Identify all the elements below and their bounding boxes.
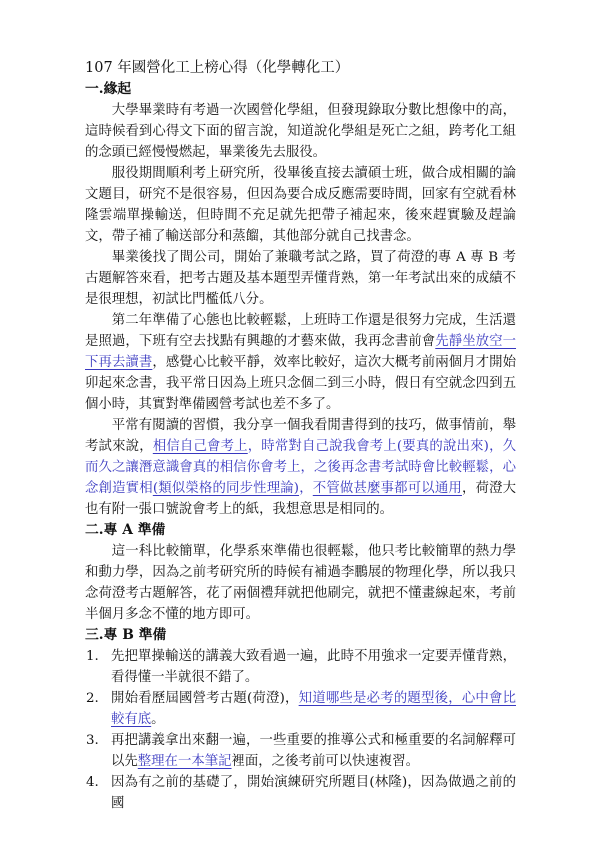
text-run: 裡面，之後考前可以快速複習。 [232, 754, 419, 769]
highlighted-text: 整理在一本筆記 [138, 754, 232, 769]
paragraph: 平常有閱讀的習慣，我分享一個我看閒書得到的技巧，做事情前，舉考試來說，相信自己會… [85, 415, 516, 520]
paragraph: 第二年準備了心態也比較輕鬆，上班時工作還是很努力完成，生活還是照過，下班有空去找… [85, 310, 516, 415]
document-body: 一.緣起大學畢業時有考過一次國營化學組，但發現錄取分數比想像中的高，這時候看到心… [85, 79, 516, 814]
list-number: 2. [86, 688, 99, 709]
text-run: 開始看歷屆國營考古題(荷澄)， [111, 691, 299, 706]
list-number: 3. [86, 730, 99, 751]
document-page: 107 年國營化工上榜心得（化學轉化工） 一.緣起大學畢業時有考過一次國營化學組… [0, 0, 600, 848]
paragraph: 畢業後找了間公司，開始了兼職考試之路，買了荷澄的專 A 專 B 考古題解答來看，… [85, 247, 516, 310]
list-item: 1.先把單操輸送的講義大致看過一遍，此時不用強求一定要弄懂背熟，看得懂一半就很不… [85, 646, 516, 688]
list-item: 3.再把講義拿出來翻一遍，一些重要的推導公式和極重要的名詞解釋可以先整理在一本筆… [85, 730, 516, 772]
text-run: 服役期間順利考上研究所，役畢後直接去讀碩士班，做合成相關的論文題目，研究不是很容… [85, 166, 516, 244]
list-number: 1. [86, 646, 99, 667]
text-run: 先把單操輸送的講義大致看過一遍，此時不用強求一定要弄懂背熟，看得懂一半就很不錯了… [111, 649, 516, 685]
section-heading: 三.專 B 準備 [85, 625, 516, 646]
list-number: 4. [86, 772, 99, 793]
list-item: 4.因為有之前的基礎了，開始演練研究所題目(林隆)，因為做過之前的國 [85, 772, 516, 814]
text-run: 大學畢業時有考過一次國營化學組，但發現錄取分數比想像中的高，這時候看到心得文下面… [85, 103, 516, 160]
text-run: 因為有之前的基礎了，開始演練研究所題目(林隆)，因為做過之前的國 [111, 775, 516, 811]
list-item: 2.開始看歷屆國營考古題(荷澄)，知道哪些是必考的題型後，心中會比較有底。 [85, 688, 516, 730]
text-run: 畢業後找了間公司，開始了兼職考試之路，買了荷澄的專 A 專 B 考古題解答來看，… [85, 250, 516, 307]
highlighted-text: 相信自己會考上 [153, 439, 248, 454]
highlighted-text: ， [299, 481, 313, 496]
text-run: 這一科比較簡單，化學系來準備也很輕鬆，他只考比較簡單的熱力學和動力學，因為之前考… [85, 544, 516, 622]
highlighted-text: 不管做甚麼事都可以通用 [313, 481, 462, 496]
section-heading: 一.緣起 [85, 79, 516, 100]
paragraph: 服役期間順利考上研究所，役畢後直接去讀碩士班，做合成相關的論文題目，研究不是很容… [85, 163, 516, 247]
section-heading: 二.專 A 準備 [85, 520, 516, 541]
highlighted-text: (類似榮格的同步性理論) [153, 481, 299, 496]
paragraph: 大學畢業時有考過一次國營化學組，但發現錄取分數比想像中的高，這時候看到心得文下面… [85, 100, 516, 163]
document-title: 107 年國營化工上榜心得（化學轉化工） [85, 57, 516, 79]
text-run: 。 [151, 712, 164, 727]
paragraph: 這一科比較簡單，化學系來準備也很輕鬆，他只考比較簡單的熱力學和動力學，因為之前考… [85, 541, 516, 625]
